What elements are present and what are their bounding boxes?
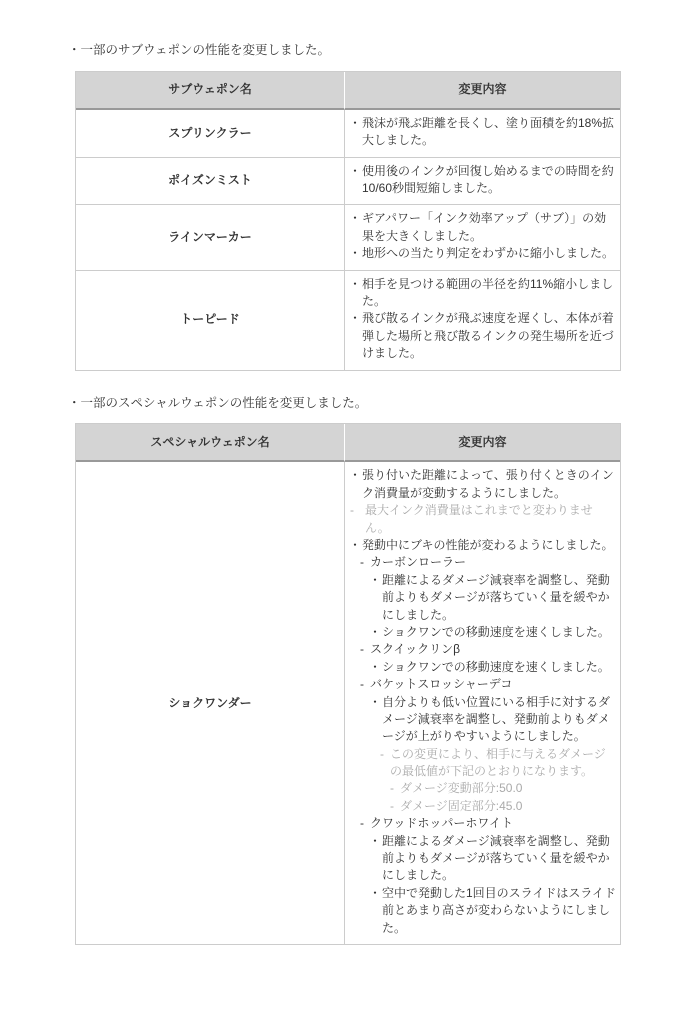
sub-weapon-table-body: スプリンクラー・飛沫が飛ぶ距離を長くし、塗り面積を約18%拡大しました。ポイズン…	[76, 110, 620, 370]
change-text: ギアパワー「インク効率アップ（サブ）」の効果を大きくしました。	[362, 210, 616, 245]
change-item: ・空中で発動した1回目のスライドはスライド前とあまり高さが変わらないようにしまし…	[349, 885, 616, 937]
change-item: ・発動中にブキの性能が変わるようにしました。	[349, 537, 616, 554]
bullet-marker: -	[359, 554, 370, 571]
bullet-marker: ・	[349, 115, 362, 132]
change-content-cell: ・使用後のインクが回復し始めるまでの時間を約10/60秒間短縮しました。	[345, 158, 620, 206]
sub-weapon-table: サブウェポン名 変更内容 スプリンクラー・飛沫が飛ぶ距離を長くし、塗り面積を約1…	[75, 71, 621, 371]
change-content-cell: ・張り付いた距離によって、張り付くときのインク消費量が変動するようにしました。-…	[345, 462, 620, 944]
change-text: 距離によるダメージ減衰率を調整し、発動前よりもダメージが落ちていく量を緩やかにし…	[382, 572, 616, 624]
special-weapon-table-body: ショクワンダー・張り付いた距離によって、張り付くときのインク消費量が変動するよう…	[76, 462, 620, 944]
change-text: 距離によるダメージ減衰率を調整し、発動前よりもダメージが落ちていく量を緩やかにし…	[382, 833, 616, 885]
bullet-marker: ・	[349, 310, 362, 327]
change-content-cell: ・相手を見つける範囲の半径を約11%縮小しました。・飛び散るインクが飛ぶ速度を遅…	[345, 271, 620, 370]
change-text: 相手を見つける範囲の半径を約11%縮小しました。	[362, 276, 616, 311]
change-item: -ダメージ固定部分:45.0	[349, 798, 616, 815]
special-weapon-section: ・一部のスペシャルウェポンの性能を変更しました。 スペシャルウェポン名 変更内容…	[75, 395, 621, 945]
bullet-marker: ・	[349, 537, 362, 554]
special-weapon-section-heading: ・一部のスペシャルウェポンの性能を変更しました。	[68, 395, 621, 412]
change-text: 飛び散るインクが飛ぶ速度を遅くし、本体が着弾した場所と飛び散るインクの発生場所を…	[362, 310, 616, 362]
weapon-name-cell: ラインマーカー	[76, 205, 345, 270]
table-row: ラインマーカー・ギアパワー「インク効率アップ（サブ）」の効果を大きくしました。・…	[76, 205, 620, 270]
change-content-header: 変更内容	[345, 424, 620, 462]
bullet-marker: -	[349, 502, 365, 519]
bullet-marker: ・	[349, 276, 362, 293]
weapon-name-cell: スプリンクラー	[76, 110, 345, 158]
change-item: ・ギアパワー「インク効率アップ（サブ）」の効果を大きくしました。	[349, 210, 616, 245]
change-content-cell: ・飛沫が飛ぶ距離を長くし、塗り面積を約18%拡大しました。	[345, 110, 620, 158]
change-text: ダメージ変動部分:50.0	[400, 780, 616, 797]
table-row: ショクワンダー・張り付いた距離によって、張り付くときのインク消費量が変動するよう…	[76, 462, 620, 944]
change-text: 飛沫が飛ぶ距離を長くし、塗り面積を約18%拡大しました。	[362, 115, 616, 150]
bullet-marker: -	[389, 798, 400, 815]
table-row: スプリンクラー・飛沫が飛ぶ距離を長くし、塗り面積を約18%拡大しました。	[76, 110, 620, 158]
table-row: ポイズンミスト・使用後のインクが回復し始めるまでの時間を約10/60秒間短縮しま…	[76, 158, 620, 206]
change-text: 地形への当たり判定をわずかに縮小しました。	[362, 245, 616, 262]
change-item: ・距離によるダメージ減衰率を調整し、発動前よりもダメージが落ちていく量を緩やかに…	[349, 833, 616, 885]
table-header-row: スペシャルウェポン名 変更内容	[76, 424, 620, 462]
change-item: -スクイックリンβ	[349, 641, 616, 658]
change-item: ・距離によるダメージ減衰率を調整し、発動前よりもダメージが落ちていく量を緩やかに…	[349, 572, 616, 624]
bullet-marker: ・	[369, 624, 382, 641]
bullet-marker: ・	[369, 659, 382, 676]
bullet-marker: ・	[349, 245, 362, 262]
bullet-marker: -	[359, 815, 370, 832]
change-text: スクイックリンβ	[370, 641, 616, 658]
change-text: ダメージ固定部分:45.0	[400, 798, 616, 815]
change-item: ・張り付いた距離によって、張り付くときのインク消費量が変動するようにしました。	[349, 467, 616, 502]
change-item: -クワッドホッパーホワイト	[349, 815, 616, 832]
special-weapon-table: スペシャルウェポン名 変更内容 ショクワンダー・張り付いた距離によって、張り付く…	[75, 423, 621, 945]
change-item: ・ショクワンでの移動速度を速くしました。	[349, 624, 616, 641]
table-header-row: サブウェポン名 変更内容	[76, 72, 620, 110]
change-item: -この変更により、相手に与えるダメージの最低値が下記のとおりになります。	[349, 746, 616, 781]
change-text: 自分よりも低い位置にいる相手に対するダメージ減衰率を調整し、発動前よりもダメージ…	[382, 694, 616, 746]
change-content-header: 変更内容	[345, 72, 620, 110]
change-text: 張り付いた距離によって、張り付くときのインク消費量が変動するようにしました。	[362, 467, 616, 502]
weapon-name-cell: ショクワンダー	[76, 462, 345, 944]
weapon-name-cell: ポイズンミスト	[76, 158, 345, 206]
change-item: ・飛び散るインクが飛ぶ速度を遅くし、本体が着弾した場所と飛び散るインクの発生場所…	[349, 310, 616, 362]
bullet-marker: ・	[349, 467, 362, 484]
change-text: カーボンローラー	[370, 554, 616, 571]
change-item: -カーボンローラー	[349, 554, 616, 571]
change-text: 使用後のインクが回復し始めるまでの時間を約10/60秒間短縮しました。	[362, 163, 616, 198]
change-text: ショクワンでの移動速度を速くしました。	[382, 624, 616, 641]
change-text: 最大インク消費量はこれまでと変わりません。	[365, 502, 616, 537]
change-item: ・使用後のインクが回復し始めるまでの時間を約10/60秒間短縮しました。	[349, 163, 616, 198]
bullet-marker: -	[389, 780, 400, 797]
change-item: ・飛沫が飛ぶ距離を長くし、塗り面積を約18%拡大しました。	[349, 115, 616, 150]
change-text: 発動中にブキの性能が変わるようにしました。	[362, 537, 616, 554]
bullet-marker: ・	[369, 885, 382, 902]
change-text: ショクワンでの移動速度を速くしました。	[382, 659, 616, 676]
patch-notes-page: ・一部のサブウェポンの性能を変更しました。 サブウェポン名 変更内容 スプリンク…	[0, 0, 694, 1024]
sub-weapon-section: ・一部のサブウェポンの性能を変更しました。 サブウェポン名 変更内容 スプリンク…	[75, 42, 621, 371]
sub-weapon-section-heading: ・一部のサブウェポンの性能を変更しました。	[68, 42, 621, 59]
change-item: ・地形への当たり判定をわずかに縮小しました。	[349, 245, 616, 262]
change-text: バケットスロッシャーデコ	[370, 676, 616, 693]
table-row: トーピード・相手を見つける範囲の半径を約11%縮小しました。・飛び散るインクが飛…	[76, 271, 620, 370]
bullet-marker: -	[359, 676, 370, 693]
weapon-name-cell: トーピード	[76, 271, 345, 370]
bullet-marker: ・	[349, 210, 362, 227]
change-item: ・自分よりも低い位置にいる相手に対するダメージ減衰率を調整し、発動前よりもダメー…	[349, 694, 616, 746]
bullet-marker: ・	[369, 833, 382, 850]
bullet-marker: -	[379, 746, 390, 763]
change-item: ・ショクワンでの移動速度を速くしました。	[349, 659, 616, 676]
change-item: -最大インク消費量はこれまでと変わりません。	[349, 502, 616, 537]
change-item: -バケットスロッシャーデコ	[349, 676, 616, 693]
change-item: -ダメージ変動部分:50.0	[349, 780, 616, 797]
bullet-marker: ・	[369, 694, 382, 711]
change-text: この変更により、相手に与えるダメージの最低値が下記のとおりになります。	[390, 746, 616, 781]
bullet-marker: ・	[349, 163, 362, 180]
bullet-marker: -	[359, 641, 370, 658]
bullet-marker: ・	[369, 572, 382, 589]
sub-weapon-name-header: サブウェポン名	[76, 72, 345, 110]
change-item: ・相手を見つける範囲の半径を約11%縮小しました。	[349, 276, 616, 311]
change-text: クワッドホッパーホワイト	[370, 815, 616, 832]
special-weapon-name-header: スペシャルウェポン名	[76, 424, 345, 462]
change-text: 空中で発動した1回目のスライドはスライド前とあまり高さが変わらないようにしました…	[382, 885, 616, 937]
change-content-cell: ・ギアパワー「インク効率アップ（サブ）」の効果を大きくしました。・地形への当たり…	[345, 205, 620, 270]
